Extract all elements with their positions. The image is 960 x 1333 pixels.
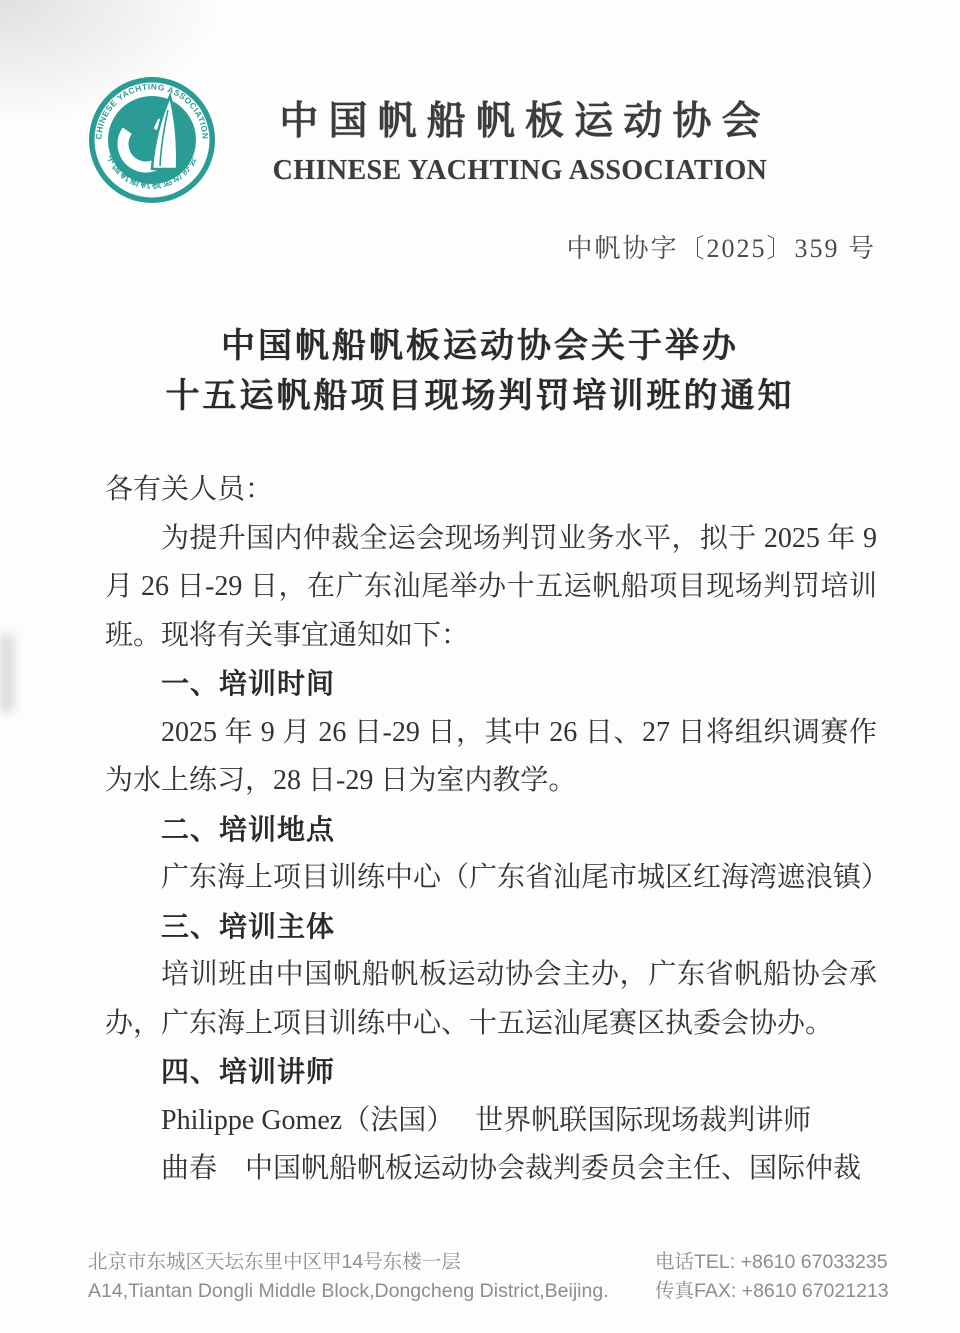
body-line: 月 26 日-29 日，在广东汕尾举办十五运帆船项目现场判罚培训 xyxy=(105,563,877,612)
footer-tel: 电话TEL: +8610 67033235 xyxy=(655,1248,889,1277)
body-line: 为水上练习，28 日-29 日为室内教学。 xyxy=(105,757,877,806)
footer-address: 北京市东城区天坛东里中区甲14号东楼一层 A14,Tiantan Dongli … xyxy=(88,1248,609,1306)
section-heading-4: 四、培训讲师 xyxy=(105,1048,877,1097)
lecturer-line: Philippe Gomez（法国） 世界帆联国际现场裁判讲师 xyxy=(105,1097,877,1146)
body-line: 广东海上项目训练中心（广东省汕尾市城区红海湾遮浪镇） xyxy=(105,854,877,903)
footer-address-en: A14,Tiantan Dongli Middle Block,Dongchen… xyxy=(88,1277,609,1306)
org-name-en: CHINESE YACHTING ASSOCIATION xyxy=(232,155,808,187)
section-heading-3: 三、培训主体 xyxy=(105,903,877,952)
lecturer-line: 曲春 中国帆船帆板运动协会裁判委员会主任、国际仲裁 xyxy=(105,1145,877,1194)
footer-fax: 传真FAX: +8610 67021213 xyxy=(655,1277,889,1306)
cya-sail-emblem-icon: CHINESE YACHTING ASSOCIATION 中国帆船帆板运动协会 xyxy=(88,76,216,204)
org-header: 中国帆船帆板运动协会 CHINESE YACHTING ASSOCIATION xyxy=(232,90,808,187)
footer-contacts: 电话TEL: +8610 67033235 传真FAX: +8610 67021… xyxy=(655,1248,889,1306)
org-name-cn: 中国帆船帆板运动协会 xyxy=(232,90,808,146)
notice-title-line2: 十五运帆船项目现场判罚培训班的通知 xyxy=(0,372,960,422)
footer-address-cn: 北京市东城区天坛东里中区甲14号东楼一层 xyxy=(88,1248,609,1277)
section-heading-1: 一、培训时间 xyxy=(105,660,877,709)
cya-logo-icon: CHINESE YACHTING ASSOCIATION 中国帆船帆板运动协会 xyxy=(88,76,216,204)
document-number: 中帆协字〔2025〕359 号 xyxy=(566,228,876,265)
body-line: 班。现将有关事宜通知如下： xyxy=(105,612,877,661)
body-line: 为提升国内仲裁全运会现场判罚业务水平，拟于 2025 年 9 xyxy=(105,515,877,564)
notice-body: 各有关人员： 为提升国内仲裁全运会现场判罚业务水平，拟于 2025 年 9 月 … xyxy=(105,466,877,1194)
notice-title-line1: 中国帆船帆板运动协会关于举办 xyxy=(0,322,960,372)
salutation: 各有关人员： xyxy=(105,466,877,515)
section-heading-2: 二、培训地点 xyxy=(105,806,877,855)
body-line: 2025 年 9 月 26 日-29 日，其中 26 日、27 日将组织调赛作 xyxy=(105,709,877,758)
body-line: 办，广东海上项目训练中心、十五运汕尾赛区执委会协办。 xyxy=(105,1000,877,1049)
notice-title: 中国帆船帆板运动协会关于举办 十五运帆船项目现场判罚培训班的通知 xyxy=(0,322,960,422)
scan-smudge-artifact xyxy=(0,634,14,712)
body-line: 培训班由中国帆船帆板运动协会主办，广东省帆船协会承 xyxy=(105,951,877,1000)
